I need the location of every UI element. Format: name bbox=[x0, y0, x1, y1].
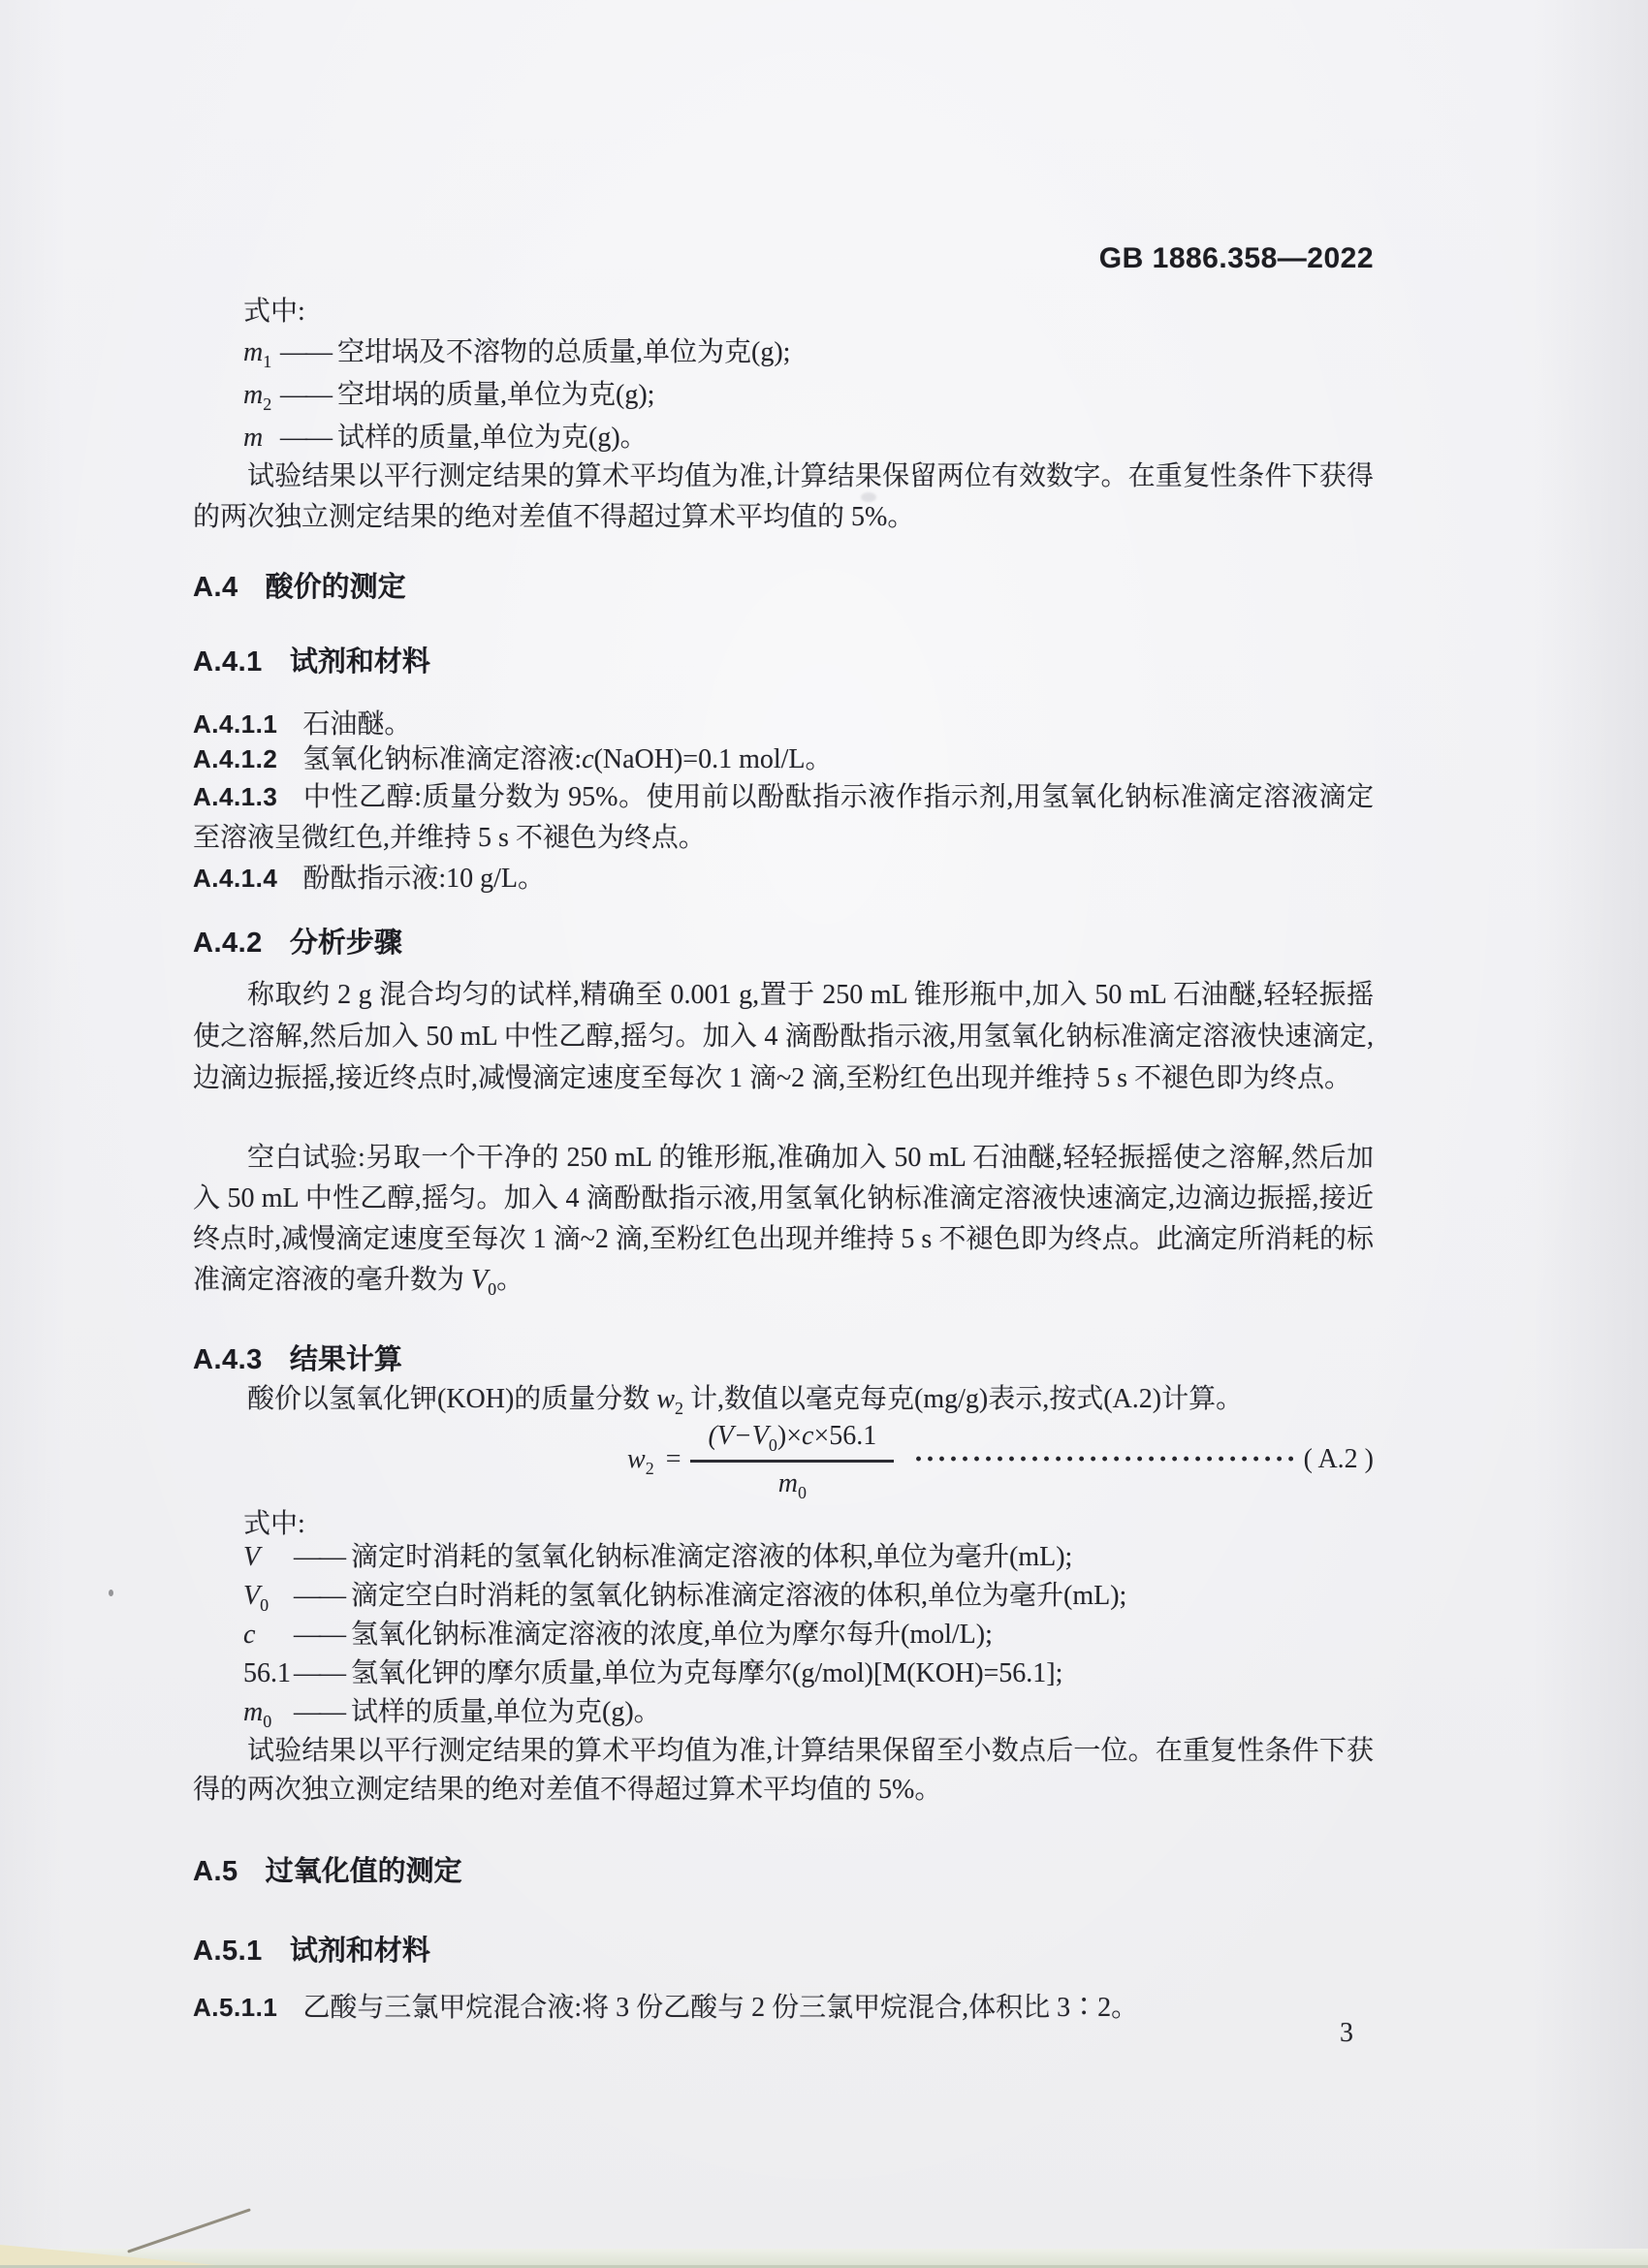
definition-row-m2: m2 —— 空坩埚的质量,单位为克(g); bbox=[243, 374, 1374, 417]
definition-row-V: V —— 滴定时消耗的氢氧化钠标准滴定溶液的体积,单位为毫升(mL); bbox=[243, 1538, 1374, 1577]
dash: —— bbox=[294, 1654, 344, 1693]
standard-number: GB 1886.358—2022 bbox=[193, 242, 1374, 275]
symbol-term: V0 bbox=[243, 1577, 294, 1616]
scanned-page: GB 1886.358—2022 式中: m1 —— 空坩埚及不溶物的总质量,单… bbox=[0, 0, 1648, 2268]
where-label: 式中: bbox=[243, 293, 305, 331]
symbol-definitions-mass: m1 —— 空坩埚及不溶物的总质量,单位为克(g); m2 —— 空坩埚的质量,… bbox=[243, 331, 1374, 459]
result-note-moisture: 试验结果以平行测定结果的算术平均值为准,计算结果保留两位有效数字。在重复性条件下… bbox=[193, 457, 1374, 538]
symbol-description: 试样的质量,单位为克(g)。 bbox=[337, 417, 1374, 459]
definition-row-V0: V0 —— 滴定空白时消耗的氢氧化钠标准滴定溶液的体积,单位为毫升(mL); bbox=[243, 1577, 1374, 1616]
definition-row-c: c —— 氢氧化钠标准滴定溶液的浓度,单位为摩尔每升(mol/L); bbox=[243, 1616, 1374, 1654]
dash: —— bbox=[280, 417, 331, 459]
definition-row-56-1: 56.1 —— 氢氧化钾的摩尔质量,单位为克每摩尔(g/mol)[M(KOH)=… bbox=[243, 1654, 1374, 1693]
symbol-term: m2 bbox=[243, 374, 280, 417]
clause-a413: A.4.1.3中性乙醇:质量分数为 95%。使用前以酚酞指示液作指示剂,用氢氧化… bbox=[193, 776, 1374, 859]
clause-a414: A.4.1.4酚酞指示液:10 g/L。 bbox=[193, 858, 1374, 899]
symbol-description: 滴定空白时消耗的氢氧化钠标准滴定溶液的体积,单位为毫升(mL); bbox=[351, 1577, 1374, 1616]
scan-smudge bbox=[861, 492, 876, 502]
dash: —— bbox=[280, 331, 331, 374]
result-note-acid: 试验结果以平行测定结果的算术平均值为准,计算结果保留至小数点后一位。在重复性条件… bbox=[193, 1732, 1374, 1810]
symbol-term: 56.1 bbox=[243, 1654, 294, 1693]
dotted-leader: ········································… bbox=[909, 1443, 1297, 1476]
heading-a43: A.4.3结果计算 bbox=[193, 1342, 1374, 1377]
definition-row-m0: m0 —— 试样的质量,单位为克(g)。 bbox=[243, 1693, 1374, 1732]
symbol-definitions-acid: V —— 滴定时消耗的氢氧化钠标准滴定溶液的体积,单位为毫升(mL); V0 —… bbox=[243, 1538, 1374, 1732]
symbol-description: 空坩埚及不溶物的总质量,单位为克(g); bbox=[337, 331, 1374, 374]
heading-a42: A.4.2分析步骤 bbox=[193, 926, 1374, 961]
heading-a51: A.5.1试剂和材料 bbox=[193, 1934, 1374, 1969]
dash: —— bbox=[280, 374, 331, 417]
definition-row-m: m —— 试样的质量,单位为克(g)。 bbox=[243, 417, 1374, 459]
formula-lhs: w2 bbox=[627, 1444, 654, 1475]
scan-speck bbox=[109, 1590, 113, 1596]
symbol-term: V bbox=[243, 1538, 294, 1577]
equals-sign: = bbox=[666, 1444, 681, 1475]
clause-a511: A.5.1.1乙酸与三氯甲烷混合液:将 3 份乙酸与 2 份三氯甲烷混合,体积比… bbox=[193, 1987, 1374, 2029]
formula-a2: w2 = (V−V0)×c×56.1 m0 ··················… bbox=[193, 1407, 1374, 1512]
dash: —— bbox=[294, 1693, 344, 1732]
heading-a4: A.4酸价的测定 bbox=[193, 570, 1374, 605]
dash: —— bbox=[294, 1577, 344, 1616]
symbol-description: 空坩埚的质量,单位为克(g); bbox=[337, 374, 1374, 417]
heading-a5: A.5过氧化值的测定 bbox=[193, 1854, 1374, 1889]
definition-row-m1: m1 —— 空坩埚及不溶物的总质量,单位为克(g); bbox=[243, 331, 1374, 374]
page-number: 3 bbox=[1340, 2018, 1353, 2049]
dash: —— bbox=[294, 1616, 344, 1654]
fraction: (V−V0)×c×56.1 m0 bbox=[690, 1421, 894, 1499]
equation-label: ( A.2 ) bbox=[1304, 1444, 1374, 1475]
heading-a41: A.4.1试剂和材料 bbox=[193, 645, 1374, 679]
procedure-para: 称取约 2 g 混合均匀的试样,精确至 0.001 g,置于 250 mL 锥形… bbox=[193, 974, 1374, 1099]
symbol-description: 试样的质量,单位为克(g)。 bbox=[351, 1693, 1374, 1732]
blank-test-para: 空白试验:另取一个干净的 250 mL 的锥形瓶,准确加入 50 mL 石油醚,… bbox=[193, 1138, 1374, 1301]
clause-a412: A.4.1.2氢氧化钠标准滴定溶液:c(NaOH)=0.1 mol/L。 bbox=[193, 739, 1374, 780]
symbol-description: 氢氧化钠标准滴定溶液的浓度,单位为摩尔每升(mol/L); bbox=[351, 1616, 1374, 1654]
numerator: (V−V0)×c×56.1 bbox=[690, 1421, 894, 1463]
scan-bottom-band bbox=[0, 2249, 1648, 2266]
denominator: m0 bbox=[690, 1463, 894, 1499]
symbol-description: 滴定时消耗的氢氧化钠标准滴定溶液的体积,单位为毫升(mL); bbox=[351, 1538, 1374, 1577]
symbol-term: m1 bbox=[243, 331, 280, 374]
dash: —— bbox=[294, 1538, 344, 1577]
symbol-term: c bbox=[243, 1616, 294, 1654]
symbol-term: m bbox=[243, 417, 280, 459]
scan-scratch-mark bbox=[127, 2208, 251, 2252]
symbol-description: 氢氧化钾的摩尔质量,单位为克每摩尔(g/mol)[M(KOH)=56.1]; bbox=[351, 1654, 1374, 1693]
symbol-term: m0 bbox=[243, 1693, 294, 1732]
